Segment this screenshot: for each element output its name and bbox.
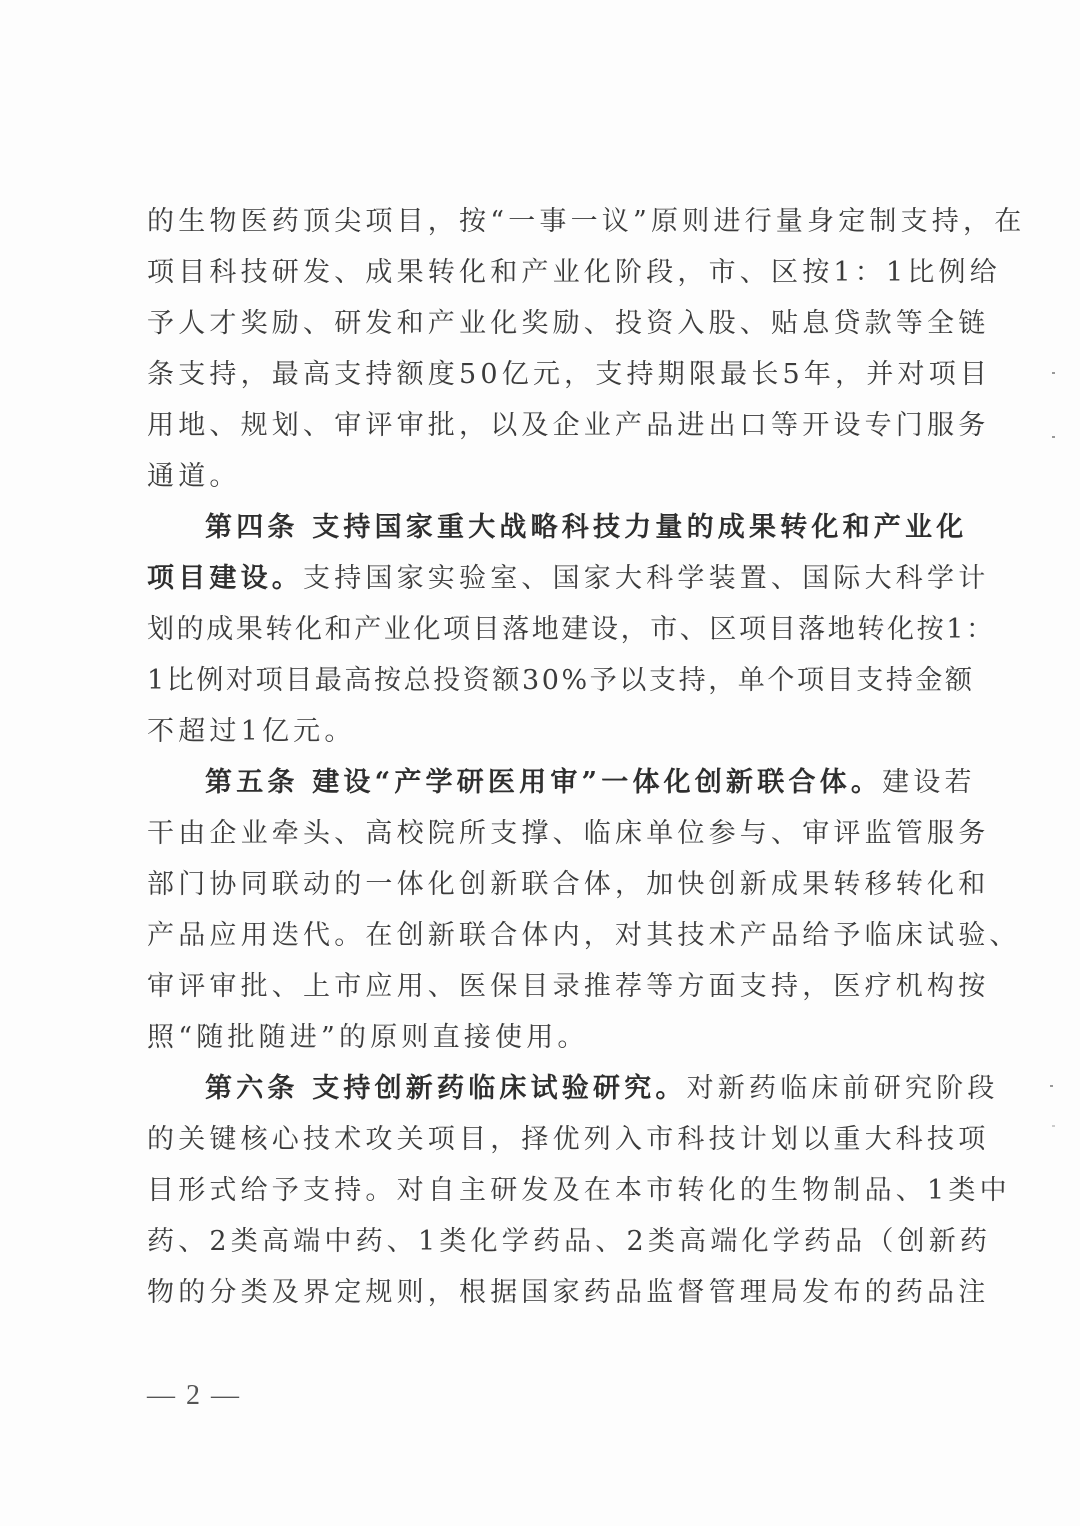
body-line: 的生物医药顶尖项目，按“一事一议”原则进行量身定制支持，在 [147,202,942,242]
scan-speck [1050,1085,1053,1087]
body-line: 目形式给予支持。对自主研发及在本市转化的生物制品、1类中 [147,1171,942,1211]
body-line: 物的分类及界定规则，根据国家药品监督管理局发布的药品注 [147,1273,942,1313]
scan-speck [1052,1125,1055,1127]
article-5-heading: 第五条 建设“产学研医用审”一体化创新联合体。建设若 [205,763,942,803]
body-line: 通道。 [147,457,942,497]
body-line: 照“随批随进”的原则直接使用。 [147,1018,942,1058]
body-line: 予人才奖励、研发和产业化奖励、投资入股、贴息贷款等全链 [147,304,942,344]
page-number: — 2 — [147,1378,241,1414]
body-line: 的关键核心技术攻关项目，择优列入市科技计划以重大科技项 [147,1120,942,1160]
body-line: 1比例对项目最高按总投资额30%予以支持，单个项目支持金额 [147,661,942,701]
body-line: 用地、规划、审评审批，以及企业产品进出口等开设专门服务 [147,406,942,446]
body-line: 条支持，最高支持额度50亿元，支持期限最长5年，并对项目 [147,355,942,395]
body-line: 药、2类高端中药、1类化学药品、2类高端化学药品（创新药 [147,1222,942,1262]
article-4-heading: 第四条 支持国家重大战略科技力量的成果转化和产业化 [205,508,942,548]
scan-speck [1052,436,1055,438]
scan-speck [1052,372,1055,374]
body-line: 审评审批、上市应用、医保目录推荐等方面支持，医疗机构按 [147,967,942,1007]
document-page: 的生物医药顶尖项目，按“一事一议”原则进行量身定制支持，在 项目科技研发、成果转… [0,0,1080,1526]
body-line: 干由企业牵头、高校院所支撑、临床单位参与、审评监管服务 [147,814,942,854]
article-6-heading: 第六条 支持创新药临床试验研究。对新药临床前研究阶段 [205,1069,942,1109]
body-line: 产品应用迭代。在创新联合体内，对其技术产品给予临床试验、 [147,916,942,956]
body-line: 项目建设。支持国家实验室、国家大科学装置、国际大科学计 [147,559,942,599]
body-line: 划的成果转化和产业化项目落地建设，市、区项目落地转化按1： [147,610,942,650]
body-line: 部门协同联动的一体化创新联合体，加快创新成果转移转化和 [147,865,942,905]
body-line: 不超过1亿元。 [147,712,942,752]
body-line: 项目科技研发、成果转化和产业化阶段，市、区按1：1比例给 [147,253,942,293]
